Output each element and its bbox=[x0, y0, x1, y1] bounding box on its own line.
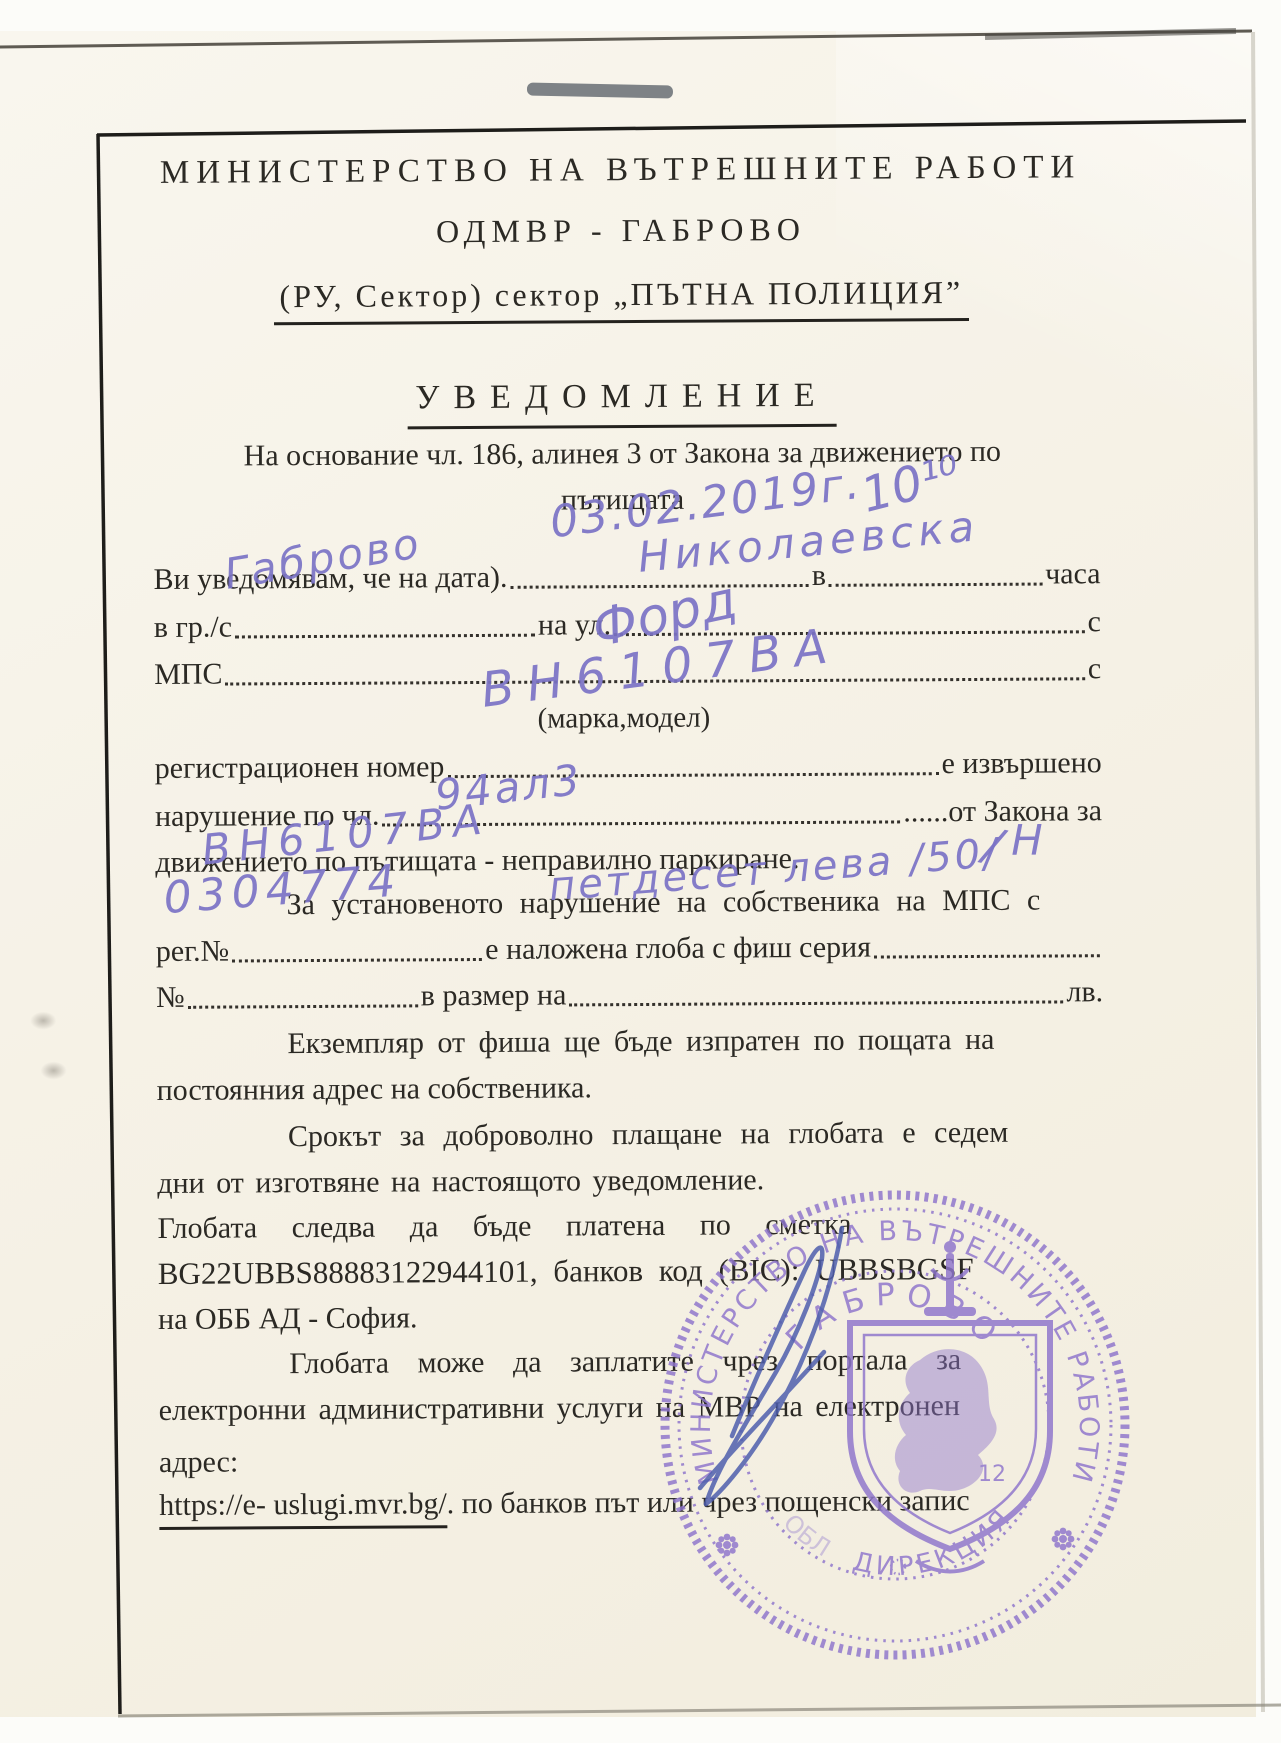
para-payment-line1: Глобата следва да бъде платена по сметка bbox=[157, 1208, 851, 1246]
fine-number-label: № bbox=[156, 981, 185, 1015]
vehicle-caption: (марка,модел) bbox=[94, 699, 1153, 738]
document-content: МИНИСТЕРСТВО НА ВЪТРЕШНИТЕ РАБОТИ ОДМВР … bbox=[0, 0, 1281, 1743]
scan-smudge bbox=[41, 1062, 67, 1080]
scanned-document: МИНИСТЕРСТВО НА ВЪТРЕШНИТЕ РАБОТИ ОДМВР … bbox=[0, 0, 1281, 1743]
para-portal-line1: Глобата може да заплатите чрез портала з… bbox=[289, 1343, 961, 1381]
link-line: https://e- uslugi.mvr.bg/. по банков път… bbox=[159, 1484, 970, 1523]
form-reg-label: регистрационен номер bbox=[155, 750, 445, 786]
fine-series-mid: е наложена глоба с фиш серия bbox=[485, 931, 871, 967]
para-copy-line1: Екземпляр от фиша ще бъде изпратен по по… bbox=[287, 1023, 994, 1061]
legal-basis-line1: На основание чл. 186, алинея 3 от Закона… bbox=[93, 434, 1152, 474]
para-deadline-line2: дни от изготвяне на настоящото уведомлен… bbox=[157, 1163, 764, 1201]
para-copy-line2: постоянния адрес на собственика. bbox=[157, 1071, 592, 1108]
header-department: ОДМВР - ГАБРОВО bbox=[91, 209, 1150, 252]
scan-smudge bbox=[30, 1012, 56, 1030]
para-portal-line2: електронни административни услуги на МВР… bbox=[159, 1389, 961, 1428]
form-date-suffix: часа bbox=[1045, 557, 1101, 591]
fine-amount-line: № в размер на лв. bbox=[156, 975, 1103, 1015]
document-title: УВЕДОМЛЕНИЕ bbox=[92, 375, 1151, 431]
document-title-text: УВЕДОМЛЕНИЕ bbox=[407, 377, 837, 430]
header-sector-text: (РУ, Сектор) сектор „ПЪТНА ПОЛИЦИЯ” bbox=[273, 274, 969, 325]
form-place-suffix: с bbox=[1087, 605, 1101, 639]
dotted-fill bbox=[188, 1004, 418, 1008]
fine-amount-mid: в размер на bbox=[421, 978, 567, 1013]
form-reg-suffix: е извършено bbox=[941, 746, 1101, 781]
form-place-label: в гр./с bbox=[154, 610, 232, 644]
bank-account-line: BG22UBBS88883122944101, банков код (BIC)… bbox=[158, 1251, 974, 1292]
header-sector: (РУ, Сектор) сектор „ПЪТНА ПОЛИЦИЯ” bbox=[92, 273, 1151, 326]
para-deadline-line1: Срокът за доброволно плащане на глобата … bbox=[288, 1116, 1009, 1154]
para-portal-line3: адрес: bbox=[159, 1445, 239, 1479]
dotted-fill bbox=[569, 1000, 1063, 1006]
dotted-fill bbox=[235, 634, 535, 639]
portal-url: https://e- uslugi.mvr.bg/ bbox=[159, 1487, 447, 1530]
dotted-fill bbox=[232, 958, 482, 963]
link-line-rest: . по банков път или чрез пощенски запис bbox=[447, 1484, 970, 1520]
handwritten-series: Н bbox=[1011, 816, 1043, 865]
fine-amount-suffix: лв. bbox=[1066, 975, 1103, 1009]
form-vehicle-label: МПС bbox=[154, 658, 223, 692]
fine-series-line: рег.№ е наложена глоба с фиш серия bbox=[156, 929, 1103, 969]
bank-name-line: на ОББ АД - София. bbox=[158, 1301, 418, 1337]
header-ministry: МИНИСТЕРСТВО НА ВЪТРЕШНИТЕ РАБОТИ bbox=[91, 149, 1150, 192]
dotted-fill bbox=[829, 583, 1042, 587]
fine-reg-label: рег.№ bbox=[156, 935, 230, 969]
dotted-fill bbox=[874, 954, 1100, 958]
form-reg-line: регистрационен номер е извършено bbox=[155, 746, 1102, 786]
form-vehicle-suffix: с bbox=[1088, 652, 1102, 686]
